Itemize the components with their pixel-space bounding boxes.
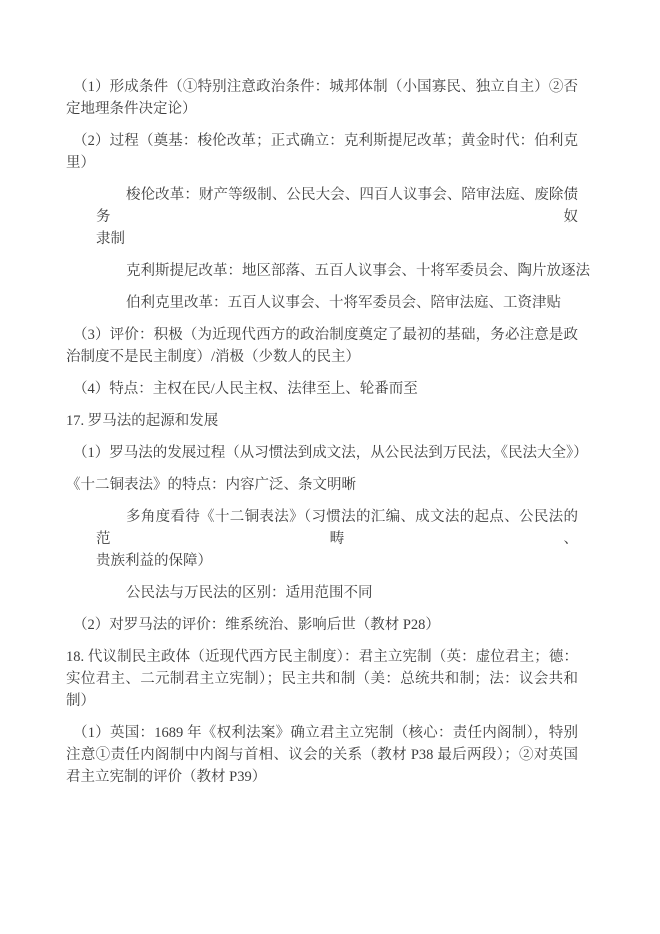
text-line: 18. 代议制民主政体（近现代西方民主制度）：君主立宪制（英：虚位君主；德： xyxy=(66,646,578,668)
paragraph: 伯利克里改革：五百人议事会、十将军委员会、陪审法庭、工资津贴 xyxy=(96,292,578,314)
paragraph: （1）英国：1689 年《权利法案》确立君主立宪制（核心：责任内阁制），特别注意… xyxy=(66,722,578,788)
text-line: 治制度不是民主制度）/消极（少数人的民主） xyxy=(66,346,578,368)
paragraph: 18. 代议制民主政体（近现代西方民主制度）：君主立宪制（英：虚位君主；德：实位… xyxy=(66,646,578,712)
text-line: 伯利克里改革：五百人议事会、十将军委员会、陪审法庭、工资津贴 xyxy=(96,292,578,314)
text-line: 君主立宪制的评价（教材 P39） xyxy=(66,766,578,788)
text-line: 定地理条件决定论） xyxy=(66,98,578,120)
paragraph: 克利斯提尼改革：地区部落、五百人议事会、十将军委员会、陶片放逐法 xyxy=(96,260,578,282)
text-line: 多角度看待《十二铜表法》（习惯法的汇编、成文法的起点、公民法的范畴、 xyxy=(96,506,578,550)
text-line: （4）特点：主权在民/人民主权、法律至上、轮番而至 xyxy=(66,378,578,400)
paragraph: （2）对罗马法的评价：维系统治、影响后世（教材 P28） xyxy=(66,614,578,636)
document-page: （1）形成条件（①特别注意政治条件：城邦体制（小国寡民、独立自主）②否定地理条件… xyxy=(0,0,660,934)
paragraph: 17. 罗马法的起源和发展 xyxy=(66,410,578,432)
text-line: 公民法与万民法的区别：适用范围不同 xyxy=(96,582,578,604)
text-line: 克利斯提尼改革：地区部落、五百人议事会、十将军委员会、陶片放逐法 xyxy=(96,260,578,282)
paragraph: 梭伦改革：财产等级制、公民大会、四百人议事会、陪审法庭、废除债务奴隶制 xyxy=(96,184,578,250)
text-line: 梭伦改革：财产等级制、公民大会、四百人议事会、陪审法庭、废除债务奴 xyxy=(96,184,578,228)
text-line: （2）过程（奠基：梭伦改革；正式确立：克利斯提尼改革；黄金时代：伯利克 xyxy=(66,130,578,152)
paragraph: （1）形成条件（①特别注意政治条件：城邦体制（小国寡民、独立自主）②否定地理条件… xyxy=(66,76,578,120)
paragraph: （4）特点：主权在民/人民主权、法律至上、轮番而至 xyxy=(66,378,578,400)
text-line: （2）对罗马法的评价：维系统治、影响后世（教材 P28） xyxy=(66,614,578,636)
text-line: 注意①责任内阁制中内阁与首相、议会的关系（教材 P38 最后两段）；②对英国 xyxy=(66,744,578,766)
text-line: （3）评价：积极（为近现代西方的政治制度奠定了最初的基础，务必注意是政 xyxy=(66,324,578,346)
paragraph: （2）过程（奠基：梭伦改革；正式确立：克利斯提尼改革；黄金时代：伯利克里） xyxy=(66,130,578,174)
text-line: 17. 罗马法的起源和发展 xyxy=(66,410,578,432)
text-line: （1）英国：1689 年《权利法案》确立君主立宪制（核心：责任内阁制），特别 xyxy=(66,722,578,744)
paragraph: 《十二铜表法》的特点：内容广泛、条文明晰 xyxy=(66,474,578,496)
text-line: 制） xyxy=(66,690,578,712)
paragraph: 公民法与万民法的区别：适用范围不同 xyxy=(96,582,578,604)
text-line: 《十二铜表法》的特点：内容广泛、条文明晰 xyxy=(66,474,578,496)
paragraph: 多角度看待《十二铜表法》（习惯法的汇编、成文法的起点、公民法的范畴、贵族利益的保… xyxy=(96,506,578,572)
text-line: 里） xyxy=(66,152,578,174)
text-line: 贵族利益的保障） xyxy=(96,550,578,572)
text-line: 隶制 xyxy=(96,228,578,250)
text-line: （1）罗马法的发展过程（从习惯法到成文法，从公民法到万民法，《民法大全》） xyxy=(66,442,578,464)
paragraph: （3）评价：积极（为近现代西方的政治制度奠定了最初的基础，务必注意是政治制度不是… xyxy=(66,324,578,368)
text-line: （1）形成条件（①特别注意政治条件：城邦体制（小国寡民、独立自主）②否 xyxy=(66,76,578,98)
paragraph: （1）罗马法的发展过程（从习惯法到成文法，从公民法到万民法，《民法大全》） xyxy=(66,442,578,464)
text-line: 实位君主、二元制君主立宪制）；民主共和制（美：总统共和制；法：议会共和 xyxy=(66,668,578,690)
